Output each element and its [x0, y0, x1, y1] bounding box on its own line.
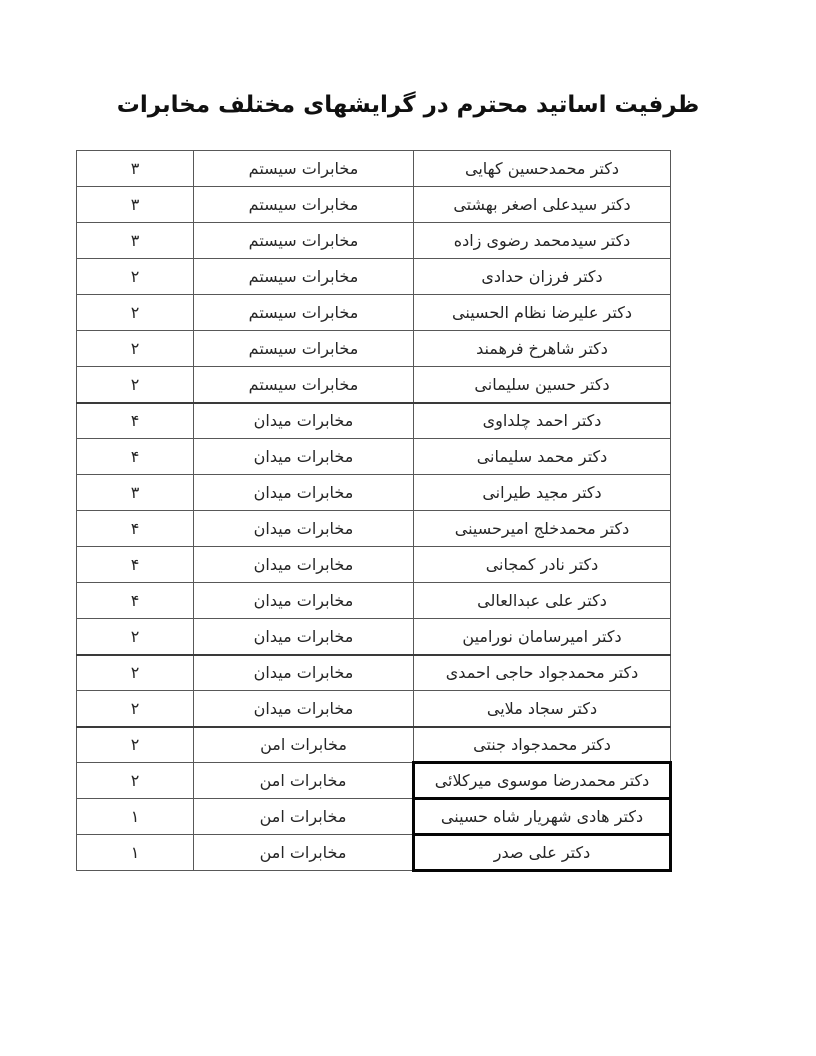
table-row: دکتر هادی شهریار شاه حسینی مخابرات امن ۱ [77, 799, 671, 835]
scanned-document-page: ظرفیت اساتید محترم در گرایشهای مختلف مخا… [0, 0, 816, 1056]
capacity-cell: ۳ [77, 475, 194, 511]
professor-name-cell: دکتر نادر کمجانی [414, 547, 671, 583]
specialization-cell: مخابرات سیستم [194, 187, 414, 223]
professor-name-cell: دکتر سیدمحمد رضوی زاده [414, 223, 671, 259]
specialization-cell: مخابرات میدان [194, 547, 414, 583]
specialization-cell: مخابرات سیستم [194, 295, 414, 331]
capacity-cell: ۲ [77, 367, 194, 403]
professor-name-cell: دکتر علیرضا نظام الحسینی [414, 295, 671, 331]
specialization-cell: مخابرات سیستم [194, 223, 414, 259]
specialization-cell: مخابرات سیستم [194, 151, 414, 187]
table-row: دکتر محمدجواد حاجی احمدی مخابرات میدان ۲ [77, 655, 671, 691]
table-row: دکتر محمدخلج امیرحسینی مخابرات میدان ۴ [77, 511, 671, 547]
professor-name-cell: دکتر احمد چلداوی [414, 403, 671, 439]
specialization-cell: مخابرات میدان [194, 511, 414, 547]
capacity-cell: ۴ [77, 511, 194, 547]
specialization-cell: مخابرات میدان [194, 583, 414, 619]
professor-name-cell: دکتر علی عبدالعالی [414, 583, 671, 619]
capacity-cell: ۱ [77, 835, 194, 871]
specialization-cell: مخابرات میدان [194, 655, 414, 691]
specialization-cell: مخابرات میدان [194, 403, 414, 439]
specialization-cell: مخابرات میدان [194, 439, 414, 475]
table-row: دکتر علیرضا نظام الحسینی مخابرات سیستم ۲ [77, 295, 671, 331]
professor-name-cell: دکتر محمد سلیمانی [414, 439, 671, 475]
table-row: دکتر سیدعلی اصغر بهشتی مخابرات سیستم ۳ [77, 187, 671, 223]
professors-table-body: دکتر محمدحسین کهایی مخابرات سیستم ۳ دکتر… [77, 151, 671, 871]
professor-name-cell: دکتر محمدحسین کهایی [414, 151, 671, 187]
table-row: دکتر نادر کمجانی مخابرات میدان ۴ [77, 547, 671, 583]
capacity-cell: ۲ [77, 691, 194, 727]
specialization-cell: مخابرات سیستم [194, 367, 414, 403]
table-row: دکتر امیرسامان نورامین مخابرات میدان ۲ [77, 619, 671, 655]
specialization-cell: مخابرات میدان [194, 475, 414, 511]
capacity-cell: ۲ [77, 619, 194, 655]
capacity-cell: ۲ [77, 259, 194, 295]
capacity-cell: ۴ [77, 403, 194, 439]
table-row: دکتر محمد سلیمانی مخابرات میدان ۴ [77, 439, 671, 475]
page-title: ظرفیت اساتید محترم در گرایشهای مختلف مخا… [0, 92, 816, 118]
capacity-cell: ۲ [77, 727, 194, 763]
specialization-cell: مخابرات امن [194, 727, 414, 763]
table-row: دکتر احمد چلداوی مخابرات میدان ۴ [77, 403, 671, 439]
capacity-cell: ۴ [77, 583, 194, 619]
specialization-cell: مخابرات میدان [194, 691, 414, 727]
capacity-cell: ۲ [77, 763, 194, 799]
professor-name-cell: دکتر حسین سلیمانی [414, 367, 671, 403]
table-row: دکتر مجید طیرانی مخابرات میدان ۳ [77, 475, 671, 511]
professor-name-cell: دکتر فرزان حدادی [414, 259, 671, 295]
professor-name-cell: دکتر امیرسامان نورامین [414, 619, 671, 655]
capacity-cell: ۴ [77, 547, 194, 583]
professor-name-cell: دکتر مجید طیرانی [414, 475, 671, 511]
professor-name-cell: دکتر محمدرضا موسوی میرکلائی [414, 763, 671, 799]
capacity-cell: ۱ [77, 799, 194, 835]
professor-name-cell: دکتر سجاد ملایی [414, 691, 671, 727]
specialization-cell: مخابرات میدان [194, 619, 414, 655]
table-row: دکتر محمدرضا موسوی میرکلائی مخابرات امن … [77, 763, 671, 799]
capacity-cell: ۲ [77, 331, 194, 367]
professor-name-cell: دکتر هادی شهریار شاه حسینی [414, 799, 671, 835]
capacity-cell: ۳ [77, 187, 194, 223]
professor-name-cell: دکتر محمدجواد حاجی احمدی [414, 655, 671, 691]
professor-name-cell: دکتر محمدخلج امیرحسینی [414, 511, 671, 547]
professor-name-cell: دکتر شاهرخ فرهمند [414, 331, 671, 367]
table-row: دکتر فرزان حدادی مخابرات سیستم ۲ [77, 259, 671, 295]
table-row: دکتر محمدحسین کهایی مخابرات سیستم ۳ [77, 151, 671, 187]
table-row: دکتر علی عبدالعالی مخابرات میدان ۴ [77, 583, 671, 619]
professors-capacity-table: دکتر محمدحسین کهایی مخابرات سیستم ۳ دکتر… [76, 150, 672, 872]
table-row: دکتر حسین سلیمانی مخابرات سیستم ۲ [77, 367, 671, 403]
table-row: دکتر سیدمحمد رضوی زاده مخابرات سیستم ۳ [77, 223, 671, 259]
specialization-cell: مخابرات سیستم [194, 331, 414, 367]
professor-name-cell: دکتر محمدجواد جنتی [414, 727, 671, 763]
capacity-cell: ۴ [77, 439, 194, 475]
capacity-cell: ۳ [77, 223, 194, 259]
capacity-cell: ۳ [77, 151, 194, 187]
table-row: دکتر محمدجواد جنتی مخابرات امن ۲ [77, 727, 671, 763]
capacity-cell: ۲ [77, 655, 194, 691]
professor-name-cell: دکتر سیدعلی اصغر بهشتی [414, 187, 671, 223]
table-row: دکتر سجاد ملایی مخابرات میدان ۲ [77, 691, 671, 727]
professor-name-cell: دکتر علی صدر [414, 835, 671, 871]
capacity-cell: ۲ [77, 295, 194, 331]
table-row: دکتر شاهرخ فرهمند مخابرات سیستم ۲ [77, 331, 671, 367]
specialization-cell: مخابرات امن [194, 799, 414, 835]
specialization-cell: مخابرات سیستم [194, 259, 414, 295]
specialization-cell: مخابرات امن [194, 835, 414, 871]
specialization-cell: مخابرات امن [194, 763, 414, 799]
table-row: دکتر علی صدر مخابرات امن ۱ [77, 835, 671, 871]
